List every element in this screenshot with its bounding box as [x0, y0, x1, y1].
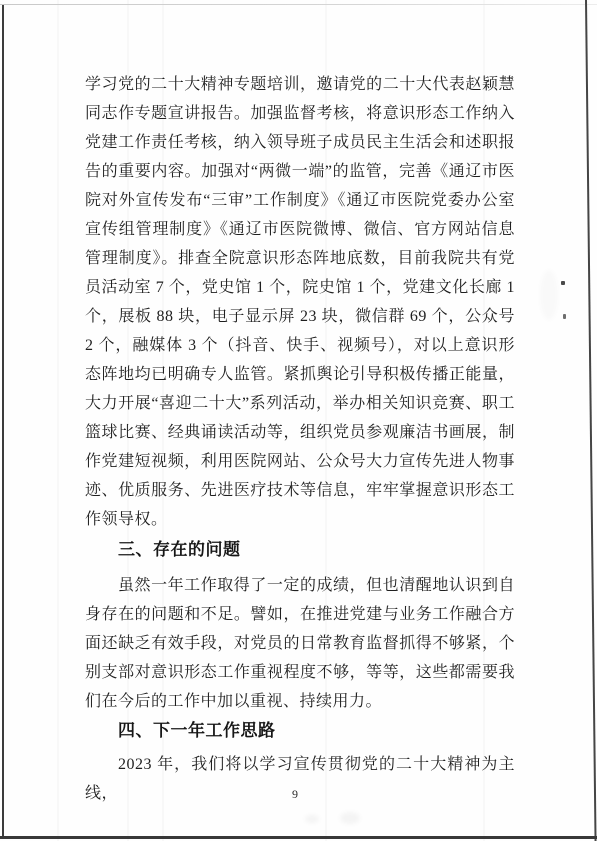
paragraph-existing-problems: 虽然一年工作取得了一定的成绩，但也清醒地认识到自身存在的问题和不足。譬如，在推进…: [85, 571, 515, 716]
heading-section-four-next-year-plan: 四、下一年工作思路: [85, 716, 515, 745]
heading-section-three-problems: 三、存在的问题: [85, 535, 515, 564]
scan-edge-top: [0, 4, 597, 5]
scan-edge-left: [2, 5, 4, 839]
page-number: 9: [285, 787, 305, 802]
scan-streak: [57, 0, 59, 841]
scanned-document-page: 学习党的二十大精神专题培训，邀请党的二十大代表赵颖慧同志作专题宣讲报告。加强监督…: [0, 0, 597, 841]
paragraph-ideology-work: 学习党的二十大精神专题培训，邀请党的二十大代表赵颖慧同志作专题宣讲报告。加强监督…: [85, 70, 515, 534]
scan-edge-bottom: [0, 836, 597, 839]
scan-speck: [561, 281, 565, 285]
document-body: 学习党的二十大精神专题培训，邀请党的二十大代表赵颖慧同志作专题宣讲报告。加强监督…: [85, 70, 515, 808]
scan-smudge: [305, 815, 319, 823]
scan-speck: [563, 314, 566, 319]
scan-smudge: [540, 270, 558, 320]
scan-smudge: [340, 812, 360, 824]
scan-edge-right: [585, 0, 597, 841]
